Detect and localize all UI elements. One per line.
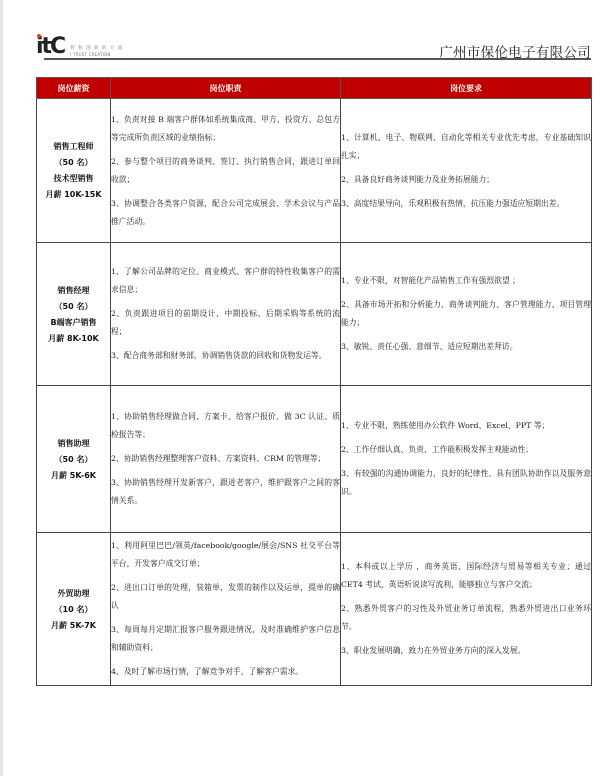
position-headcount: （50 名） bbox=[37, 157, 110, 168]
duty-item: 2、协助销售经理整理客户资料、方案资料、CRM 的管理等； bbox=[111, 450, 340, 468]
position-type: 技术型销售 bbox=[37, 173, 110, 184]
duty-item: 2、负责跟进项目的前期设计、中期投标、后期采购等系统的流程； bbox=[111, 305, 340, 341]
requirement-item: 1、专业不限，熟练使用办公软件 Word、Excel、PPT 等； bbox=[341, 417, 591, 435]
position-title: 销售工程师 bbox=[37, 141, 110, 152]
table-row: 销售助理 （50 名） 月薪 5K-6K 1、协助销售经理做合同、方案卡、给客户… bbox=[37, 386, 592, 533]
position-headcount: （10 名） bbox=[37, 604, 110, 615]
duty-item: 1、了解公司品牌的定位、商业模式、客户群的特性收集客户的需求信息； bbox=[111, 263, 340, 299]
requirement-item: 2、工作仔细认真、负责、工作能积极发挥主观能动性； bbox=[341, 441, 591, 459]
requirement-item: 2、熟悉外贸客户的习性及外贸业务订单流程，熟悉外贸进出口业务环节。 bbox=[341, 600, 591, 636]
requirement-item: 1、计算机、电子、物联网、自动化等相关专业优先考虑，专业基础知识扎实； bbox=[341, 129, 591, 165]
duty-item: 4、及时了解市场行情，了解竞争对手，了解客户需求。 bbox=[111, 663, 340, 681]
requirements-cell: 1、专业不限，对智能化产品销售工作有强烈欲望 ； 2、具备市场开拓和分析能力、商… bbox=[341, 243, 592, 386]
position-cell: 销售工程师 （50 名） 技术型销售 月薪 10K-15K bbox=[37, 99, 111, 243]
position-salary: 月薪 8K-10K bbox=[37, 333, 110, 344]
duty-item: 3、每周每月定期汇报客户服务跟进情况，及时准确维护客户信息和辅助资料； bbox=[111, 621, 340, 657]
table-header-row: 岗位薪资 岗位职责 岗位要求 bbox=[37, 78, 592, 99]
requirement-item: 3、有较强的沟通协调能力，良好的纪律性、具有团队协助作以及服务意识。 bbox=[341, 465, 591, 501]
position-cell: 销售经理 （50 名） B端客户销售 月薪 8K-10K bbox=[37, 243, 111, 386]
logo-tagline: 智 和 创 新 的 力 量 I TRUST CREATION bbox=[70, 46, 123, 58]
position-cell: 外贸助理 （10 名） 月薪 5K-7K bbox=[37, 533, 111, 686]
column-header-requirements: 岗位要求 bbox=[341, 78, 592, 99]
company-logo: itC 智 和 创 新 的 力 量 I TRUST CREATION bbox=[36, 34, 123, 58]
duties-cell: 1、负责对接 B 端客户群体如系统集成商、甲方、投资方、总包方等完成所负责区域的… bbox=[111, 99, 341, 243]
column-header-duties: 岗位职责 bbox=[111, 78, 341, 99]
duties-cell: 1、协助销售经理做合同、方案卡、给客户报价、做 3C 认证、质检报告等； 2、协… bbox=[111, 386, 341, 533]
duty-item: 2、参与整个项目的商务谈判、签订、执行销售合同，跟进订单回收款； bbox=[111, 153, 340, 189]
requirements-cell: 1、计算机、电子、物联网、自动化等相关专业优先考虑，专业基础知识扎实； 2、具备… bbox=[341, 99, 592, 243]
duty-item: 1、利用阿里巴巴/领英/facebook/google/展会/SNS 社交平台等… bbox=[111, 537, 340, 573]
job-table: 岗位薪资 岗位职责 岗位要求 销售工程师 （50 名） 技术型销售 月薪 10K… bbox=[36, 77, 592, 686]
position-salary: 月薪 10K-15K bbox=[37, 189, 110, 200]
position-salary: 月薪 5K-6K bbox=[37, 470, 110, 481]
position-headcount: （50 名） bbox=[37, 454, 110, 465]
duties-cell: 1、了解公司品牌的定位、商业模式、客户群的特性收集客户的需求信息； 2、负责跟进… bbox=[111, 243, 341, 386]
itc-logo-icon: itC bbox=[36, 36, 64, 58]
requirement-item: 3、职业发展明确，致力在外贸业务方向的深入发展。 bbox=[341, 642, 591, 660]
requirement-item: 1、本科或以上学历 ，商务英语、国际经济与贸易等相关专业；通过 CET4 考试，… bbox=[341, 558, 591, 594]
requirement-item: 1、专业不限，对智能化产品销售工作有强烈欲望 ； bbox=[341, 272, 591, 290]
table-row: 销售经理 （50 名） B端客户销售 月薪 8K-10K 1、了解公司品牌的定位… bbox=[37, 243, 592, 386]
requirements-cell: 1、本科或以上学历 ，商务英语、国际经济与贸易等相关专业；通过 CET4 考试，… bbox=[341, 533, 592, 686]
column-header-salary: 岗位薪资 bbox=[37, 78, 111, 99]
requirement-item: 2、具备市场开拓和分析能力、商务谈判能力、客户管理能力、项目管理能力； bbox=[341, 296, 591, 332]
position-title: 销售经理 bbox=[37, 285, 110, 296]
duty-item: 3、协助销售经理开发新客户，跟进老客户，维护跟客户之间的客情关系。 bbox=[111, 474, 340, 510]
position-salary: 月薪 5K-7K bbox=[37, 620, 110, 631]
requirement-item: 2、具备良好商务谈判能力及业务拓展能力； bbox=[341, 171, 591, 189]
duty-item: 3、协调整合各类客户资源，配合公司完成展会、学术会议与产品推广活动。 bbox=[111, 195, 340, 231]
page-edge-strip bbox=[0, 0, 3, 776]
position-title: 销售助理 bbox=[37, 438, 110, 449]
duty-item: 3、配合商务部和财务部，协调销售货款的回收和货物发运等。 bbox=[111, 347, 340, 365]
requirements-cell: 1、专业不限，熟练使用办公软件 Word、Excel、PPT 等； 2、工作仔细… bbox=[341, 386, 592, 533]
duty-item: 1、协助销售经理做合同、方案卡、给客户报价、做 3C 认证、质检报告等； bbox=[111, 408, 340, 444]
table-row: 外贸助理 （10 名） 月薪 5K-7K 1、利用阿里巴巴/领英/faceboo… bbox=[37, 533, 592, 686]
table-row: 销售工程师 （50 名） 技术型销售 月薪 10K-15K 1、负责对接 B 端… bbox=[37, 99, 592, 243]
duty-item: 1、负责对接 B 端客户群体如系统集成商、甲方、投资方、总包方等完成所负责区域的… bbox=[111, 111, 340, 147]
position-title: 外贸助理 bbox=[37, 588, 110, 599]
position-headcount: （50 名） bbox=[37, 301, 110, 312]
requirement-item: 3、敏锐、责任心强、意细节、适应短期出差拜访。 bbox=[341, 338, 591, 356]
document-header: itC 智 和 创 新 的 力 量 I TRUST CREATION 广州市保伦… bbox=[36, 32, 591, 62]
position-type: B端客户销售 bbox=[37, 317, 110, 328]
duty-item: 2、进出口订单的处理，装箱单，发票的制作以及运单，提单的确认 bbox=[111, 579, 340, 615]
requirement-item: 3、高度结果导向，乐观积极有热情，抗压能力强适应短期出差。 bbox=[341, 195, 591, 213]
duties-cell: 1、利用阿里巴巴/领英/facebook/google/展会/SNS 社交平台等… bbox=[111, 533, 341, 686]
header-divider bbox=[44, 58, 591, 60]
position-cell: 销售助理 （50 名） 月薪 5K-6K bbox=[37, 386, 111, 533]
